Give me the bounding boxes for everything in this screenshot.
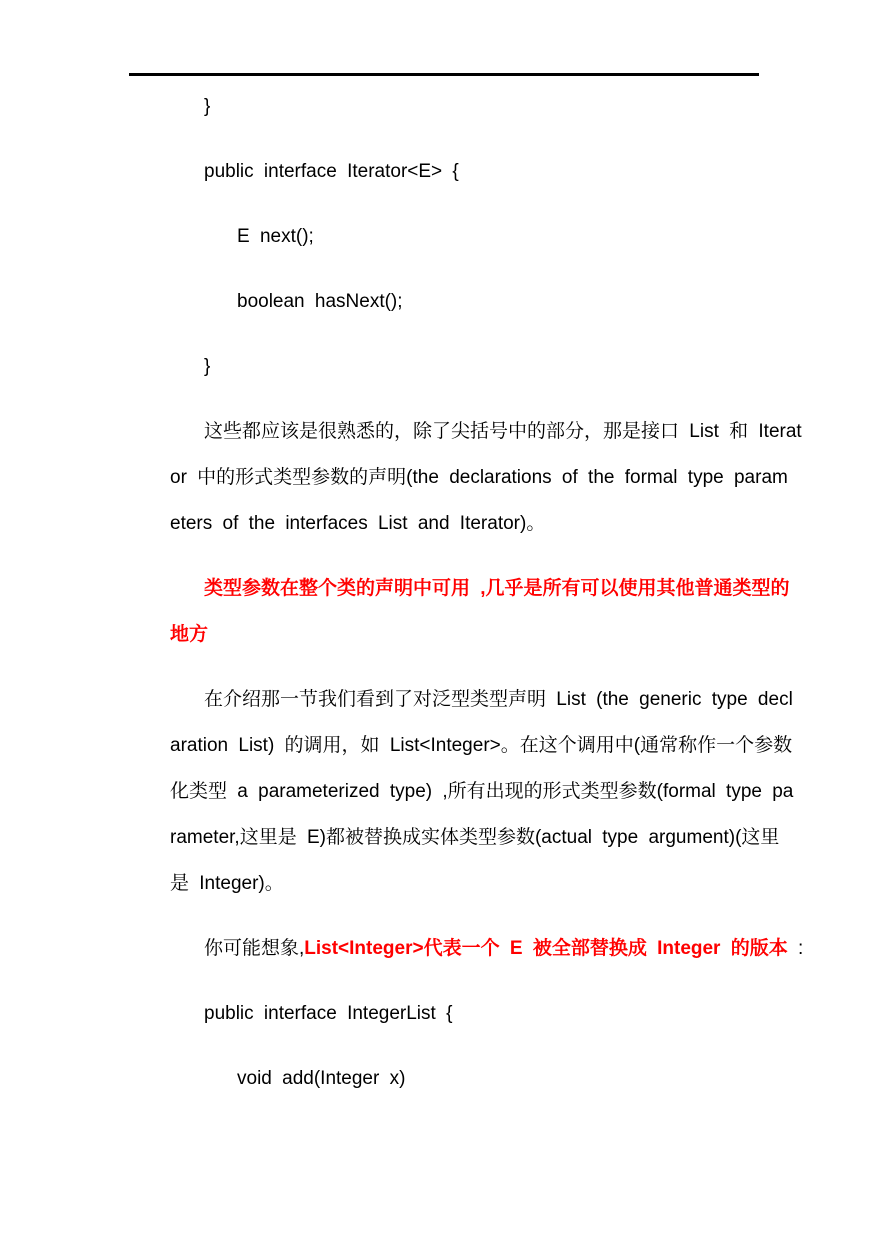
document-page: } public interface Iterator<E> { E next(… [0, 0, 890, 1234]
code-line-interface-integerlist: public interface IntegerList { [170, 991, 753, 1037]
code-block-iterator: boolean hasNext(); [170, 279, 753, 325]
code-line-boolean-hasnext: boolean hasNext(); [170, 279, 753, 325]
paragraph-line-mixed: 你可能想象,List<Integer>代表一个 E 被全部替换成 Integer… [170, 926, 753, 972]
code-line-void-add: void add(Integer x) [170, 1056, 753, 1102]
paragraph-line: 在介绍那一节我们看到了对泛型类型声明 List (the generic typ… [170, 677, 753, 723]
paragraph-line: rameter,这里是 E)都被替换成实体类型参数(actual type ar… [170, 815, 753, 861]
code-block-integerlist: void add(Integer x) [170, 1056, 753, 1102]
paragraph-prefix-text: 你可能想象, [204, 938, 304, 959]
highlight-paragraph-type-parameter-scope: 类型参数在整个类的声明中可用 ,几乎是所有可以使用其他普通类型的 地方 [170, 566, 753, 658]
paragraph-suffix-colon: : [788, 938, 804, 959]
paragraph-line: 化类型 a parameterized type) ,所有出现的形式类型参数(f… [170, 769, 753, 815]
code-block-iterator: public interface Iterator<E> { [170, 149, 753, 195]
paragraph-you-may-imagine: 你可能想象,List<Integer>代表一个 E 被全部替换成 Integer… [170, 926, 753, 972]
paragraph-line: eters of the interfaces List and Iterato… [170, 501, 753, 547]
paragraph-line: 是 Integer)。 [170, 861, 753, 907]
code-block-integerlist: public interface IntegerList { [170, 991, 753, 1037]
code-line-e-next: E next(); [170, 214, 753, 260]
paragraph-familiar-declarations: 这些都应该是很熟悉的，除了尖括号中的部分，那是接口 List 和 Iterat … [170, 409, 753, 547]
code-block-iterator: } [170, 84, 753, 130]
paragraph-line: or 中的形式类型参数的声明(the declarations of the f… [170, 455, 753, 501]
paragraph-line: 这些都应该是很熟悉的，除了尖括号中的部分，那是接口 List 和 Iterat [170, 409, 753, 455]
red-heading-line: 地方 [170, 612, 753, 658]
red-heading-line: 类型参数在整个类的声明中可用 ,几乎是所有可以使用其他普通类型的 [170, 566, 753, 612]
code-line-closing-brace: } [170, 344, 753, 390]
code-block-iterator: } [170, 344, 753, 390]
code-line-closing-brace: } [170, 84, 753, 130]
paragraph-red-highlight-text: List<Integer>代表一个 E 被全部替换成 Integer 的版本 [304, 938, 787, 959]
paragraph-line: aration List) 的调用，如 List<Integer>。在这个调用中… [170, 723, 753, 769]
top-divider-rule [129, 73, 759, 76]
document-content: } public interface Iterator<E> { E next(… [170, 84, 753, 1121]
code-block-iterator: E next(); [170, 214, 753, 260]
code-line-interface-iterator: public interface Iterator<E> { [170, 149, 753, 195]
paragraph-generic-type-invocation: 在介绍那一节我们看到了对泛型类型声明 List (the generic typ… [170, 677, 753, 907]
